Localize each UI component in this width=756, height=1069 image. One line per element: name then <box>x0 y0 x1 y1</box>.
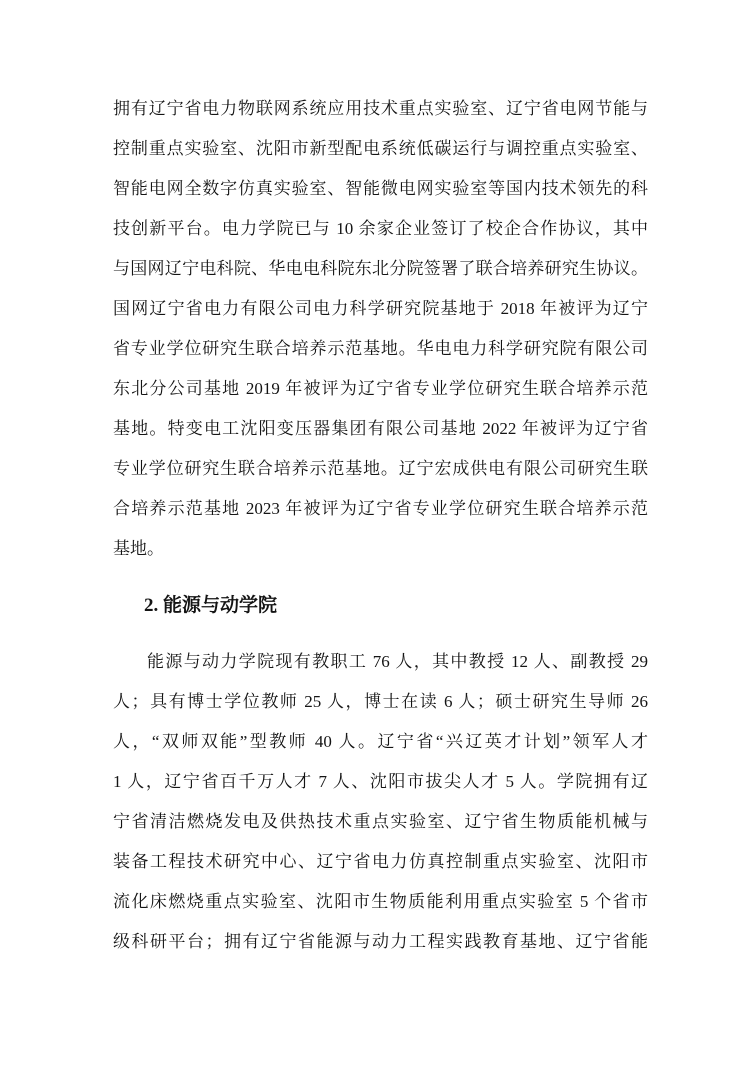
document-content: 拥有辽宁省电力物联网系统应用技术重点实验室、辽宁省电网节能与控制重点实验室、沈阳… <box>113 89 648 962</box>
text-line: 拥有辽宁省电力物联网系统应用技术重点实验室、辽宁省电网节能与 <box>113 89 648 129</box>
text-line: 与国网辽宁电科院、华电电科院东北分院签署了联合培养研究生协议。 <box>113 249 648 289</box>
text-line: 合培养示范基地 2023 年被评为辽宁省专业学位研究生联合培养示范 <box>113 489 648 529</box>
text-line: 宁省清洁燃烧发电及供热技术重点实验室、辽宁省生物质能机械与 <box>113 802 648 842</box>
text-line: 人；具有博士学位教师 25 人，博士在读 6 人；硕士研究生导师 26 <box>113 682 648 722</box>
text-line: 级科研平台；拥有辽宁省能源与动力工程实践教育基地、辽宁省能 <box>113 922 648 962</box>
text-line: 技创新平台。电力学院已与 10 余家企业签订了校企合作协议，其中 <box>113 209 648 249</box>
text-line: 流化床燃烧重点实验室、沈阳市生物质能利用重点实验室 5 个省市 <box>113 882 648 922</box>
text-line: 能源与动力学院现有教职工 76 人，其中教授 12 人、副教授 29 <box>113 642 648 682</box>
text-line: 基地。 <box>113 529 648 569</box>
text-line: 1 人，辽宁省百千万人才 7 人、沈阳市拔尖人才 5 人。学院拥有辽 <box>113 762 648 802</box>
text-line: 专业学位研究生联合培养示范基地。辽宁宏成供电有限公司研究生联 <box>113 449 648 489</box>
text-line: 基地。特变电工沈阳变压器集团有限公司基地 2022 年被评为辽宁省 <box>113 409 648 449</box>
text-line: 装备工程技术研究中心、辽宁省电力仿真控制重点实验室、沈阳市 <box>113 842 648 882</box>
text-line: 国网辽宁省电力有限公司电力科学研究院基地于 2018 年被评为辽宁 <box>113 289 648 329</box>
paragraph-energy-college: 能源与动力学院现有教职工 76 人，其中教授 12 人、副教授 29人；具有博士… <box>113 642 648 962</box>
section-heading-energy-college: 2. 能源与动学院 <box>113 586 648 626</box>
text-line: 省专业学位研究生联合培养示范基地。华电电力科学研究院有限公司 <box>113 329 648 369</box>
text-line: 智能电网全数字仿真实验室、智能微电网实验室等国内技术领先的科 <box>113 169 648 209</box>
text-line: 东北分公司基地 2019 年被评为辽宁省专业学位研究生联合培养示范 <box>113 369 648 409</box>
text-line: 人，“双师双能”型教师 40 人。辽宁省“兴辽英才计划”领军人才 <box>113 722 648 762</box>
document-page: 拥有辽宁省电力物联网系统应用技术重点实验室、辽宁省电网节能与控制重点实验室、沈阳… <box>0 0 756 1069</box>
paragraph-power-college: 拥有辽宁省电力物联网系统应用技术重点实验室、辽宁省电网节能与控制重点实验室、沈阳… <box>113 89 648 569</box>
text-line: 控制重点实验室、沈阳市新型配电系统低碳运行与调控重点实验室、 <box>113 129 648 169</box>
